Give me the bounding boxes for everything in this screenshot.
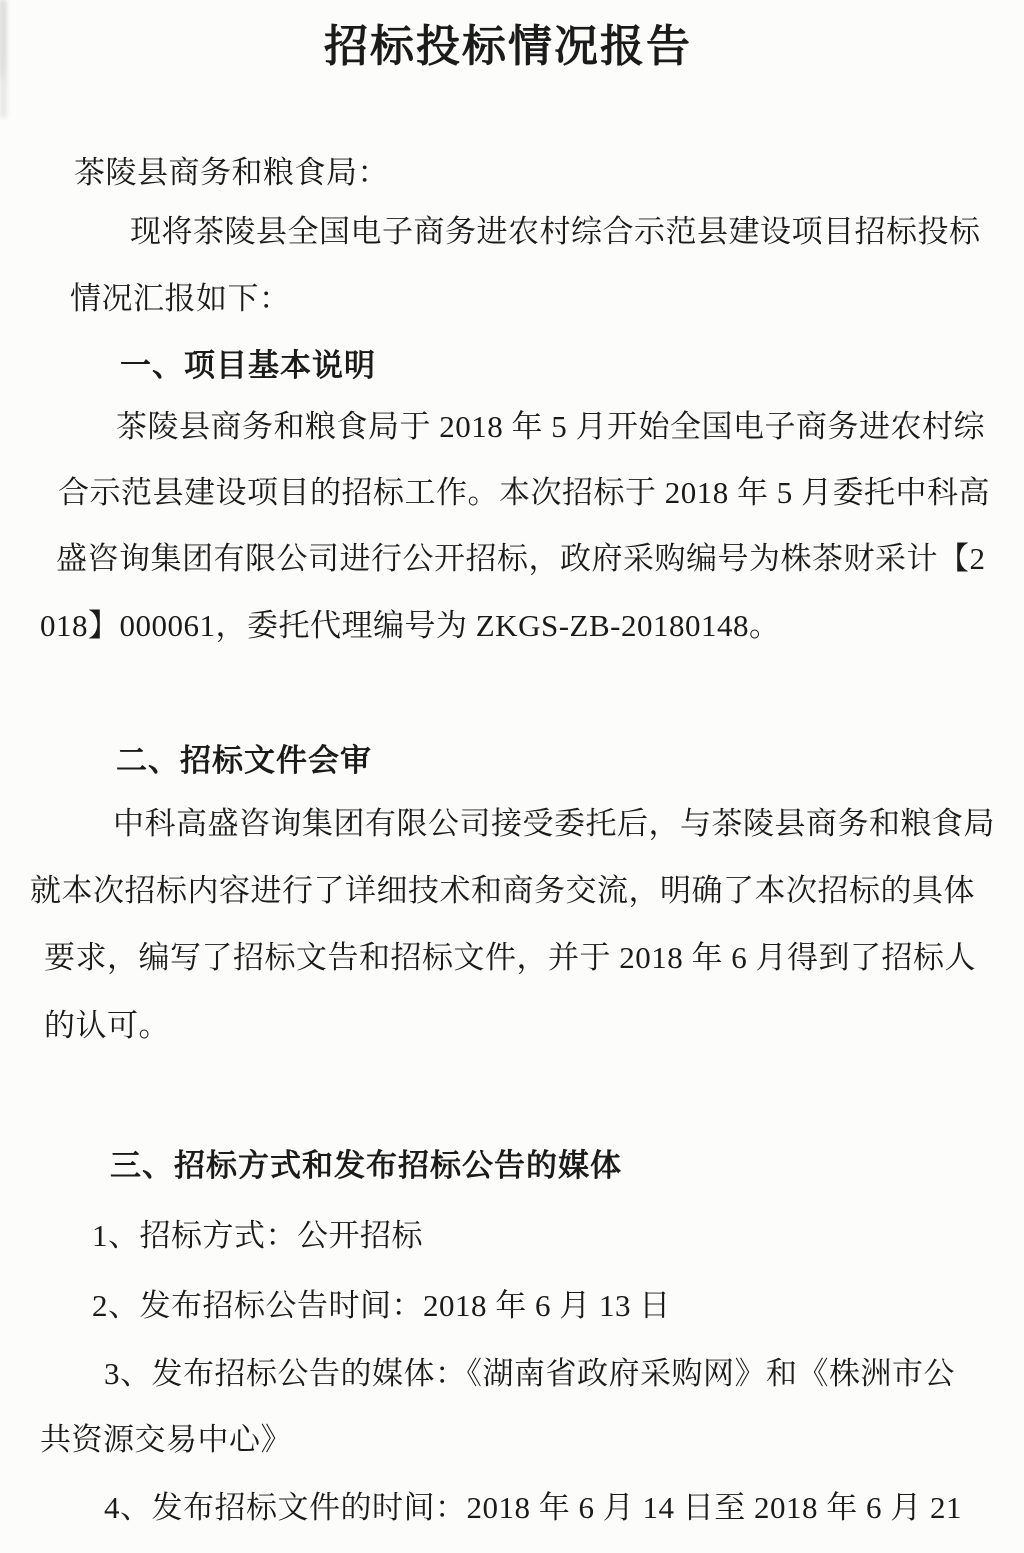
document-line: 3、发布招标公告的媒体：《湖南省政府采购网》和《株洲市公	[104, 1356, 955, 1392]
document-line: 018】000061，委托代理编号为 ZKGS-ZB-20180148。	[40, 608, 780, 644]
section-heading: 二、招标文件会审	[116, 743, 372, 779]
document-line: 4、发布招标文件的时间：2018 年 6 月 14 日至 2018 年 6 月 …	[104, 1490, 962, 1526]
document-line: 2、发布招标公告时间：2018 年 6 月 13 日	[92, 1288, 671, 1324]
document-line: 现将茶陵县全国电子商务进农村综合示范县建设项目招标投标	[130, 214, 981, 250]
document-title: 招标投标情况报告	[0, 22, 1016, 73]
section-heading: 一、项目基本说明	[120, 348, 376, 384]
document-line: 共资源交易中心》	[40, 1422, 292, 1458]
document-line: 合示范县建设项目的招标工作。本次招标于 2018 年 5 月委托中科高	[58, 475, 990, 511]
document-line: 盛咨询集团有限公司进行公开招标，政府采购编号为株茶财采计【2	[56, 541, 986, 577]
scanned-document-page: 招标投标情况报告茶陵县商务和粮食局：现将茶陵县全国电子商务进农村综合示范县建设项…	[0, 0, 1024, 1553]
document-line: 中科高盛咨询集团有限公司接受委托后，与茶陵县商务和粮食局	[113, 806, 995, 842]
document-line: 1、招标方式：公开招标	[92, 1218, 423, 1254]
document-line: 的认可。	[44, 1008, 170, 1044]
section-heading: 三、招标方式和发布招标公告的媒体	[110, 1148, 622, 1184]
document-line: 就本次招标内容进行了详细技术和商务交流，明确了本次招标的具体	[30, 873, 975, 909]
document-line: 茶陵县商务和粮食局于 2018 年 5 月开始全国电子商务进农村综	[116, 409, 985, 445]
document-line: 要求，编写了招标文告和招标文件，并于 2018 年 6 月得到了招标人	[44, 940, 976, 976]
document-line: 情况汇报如下：	[70, 281, 291, 317]
document-line: 茶陵县商务和粮食局：	[74, 155, 389, 191]
